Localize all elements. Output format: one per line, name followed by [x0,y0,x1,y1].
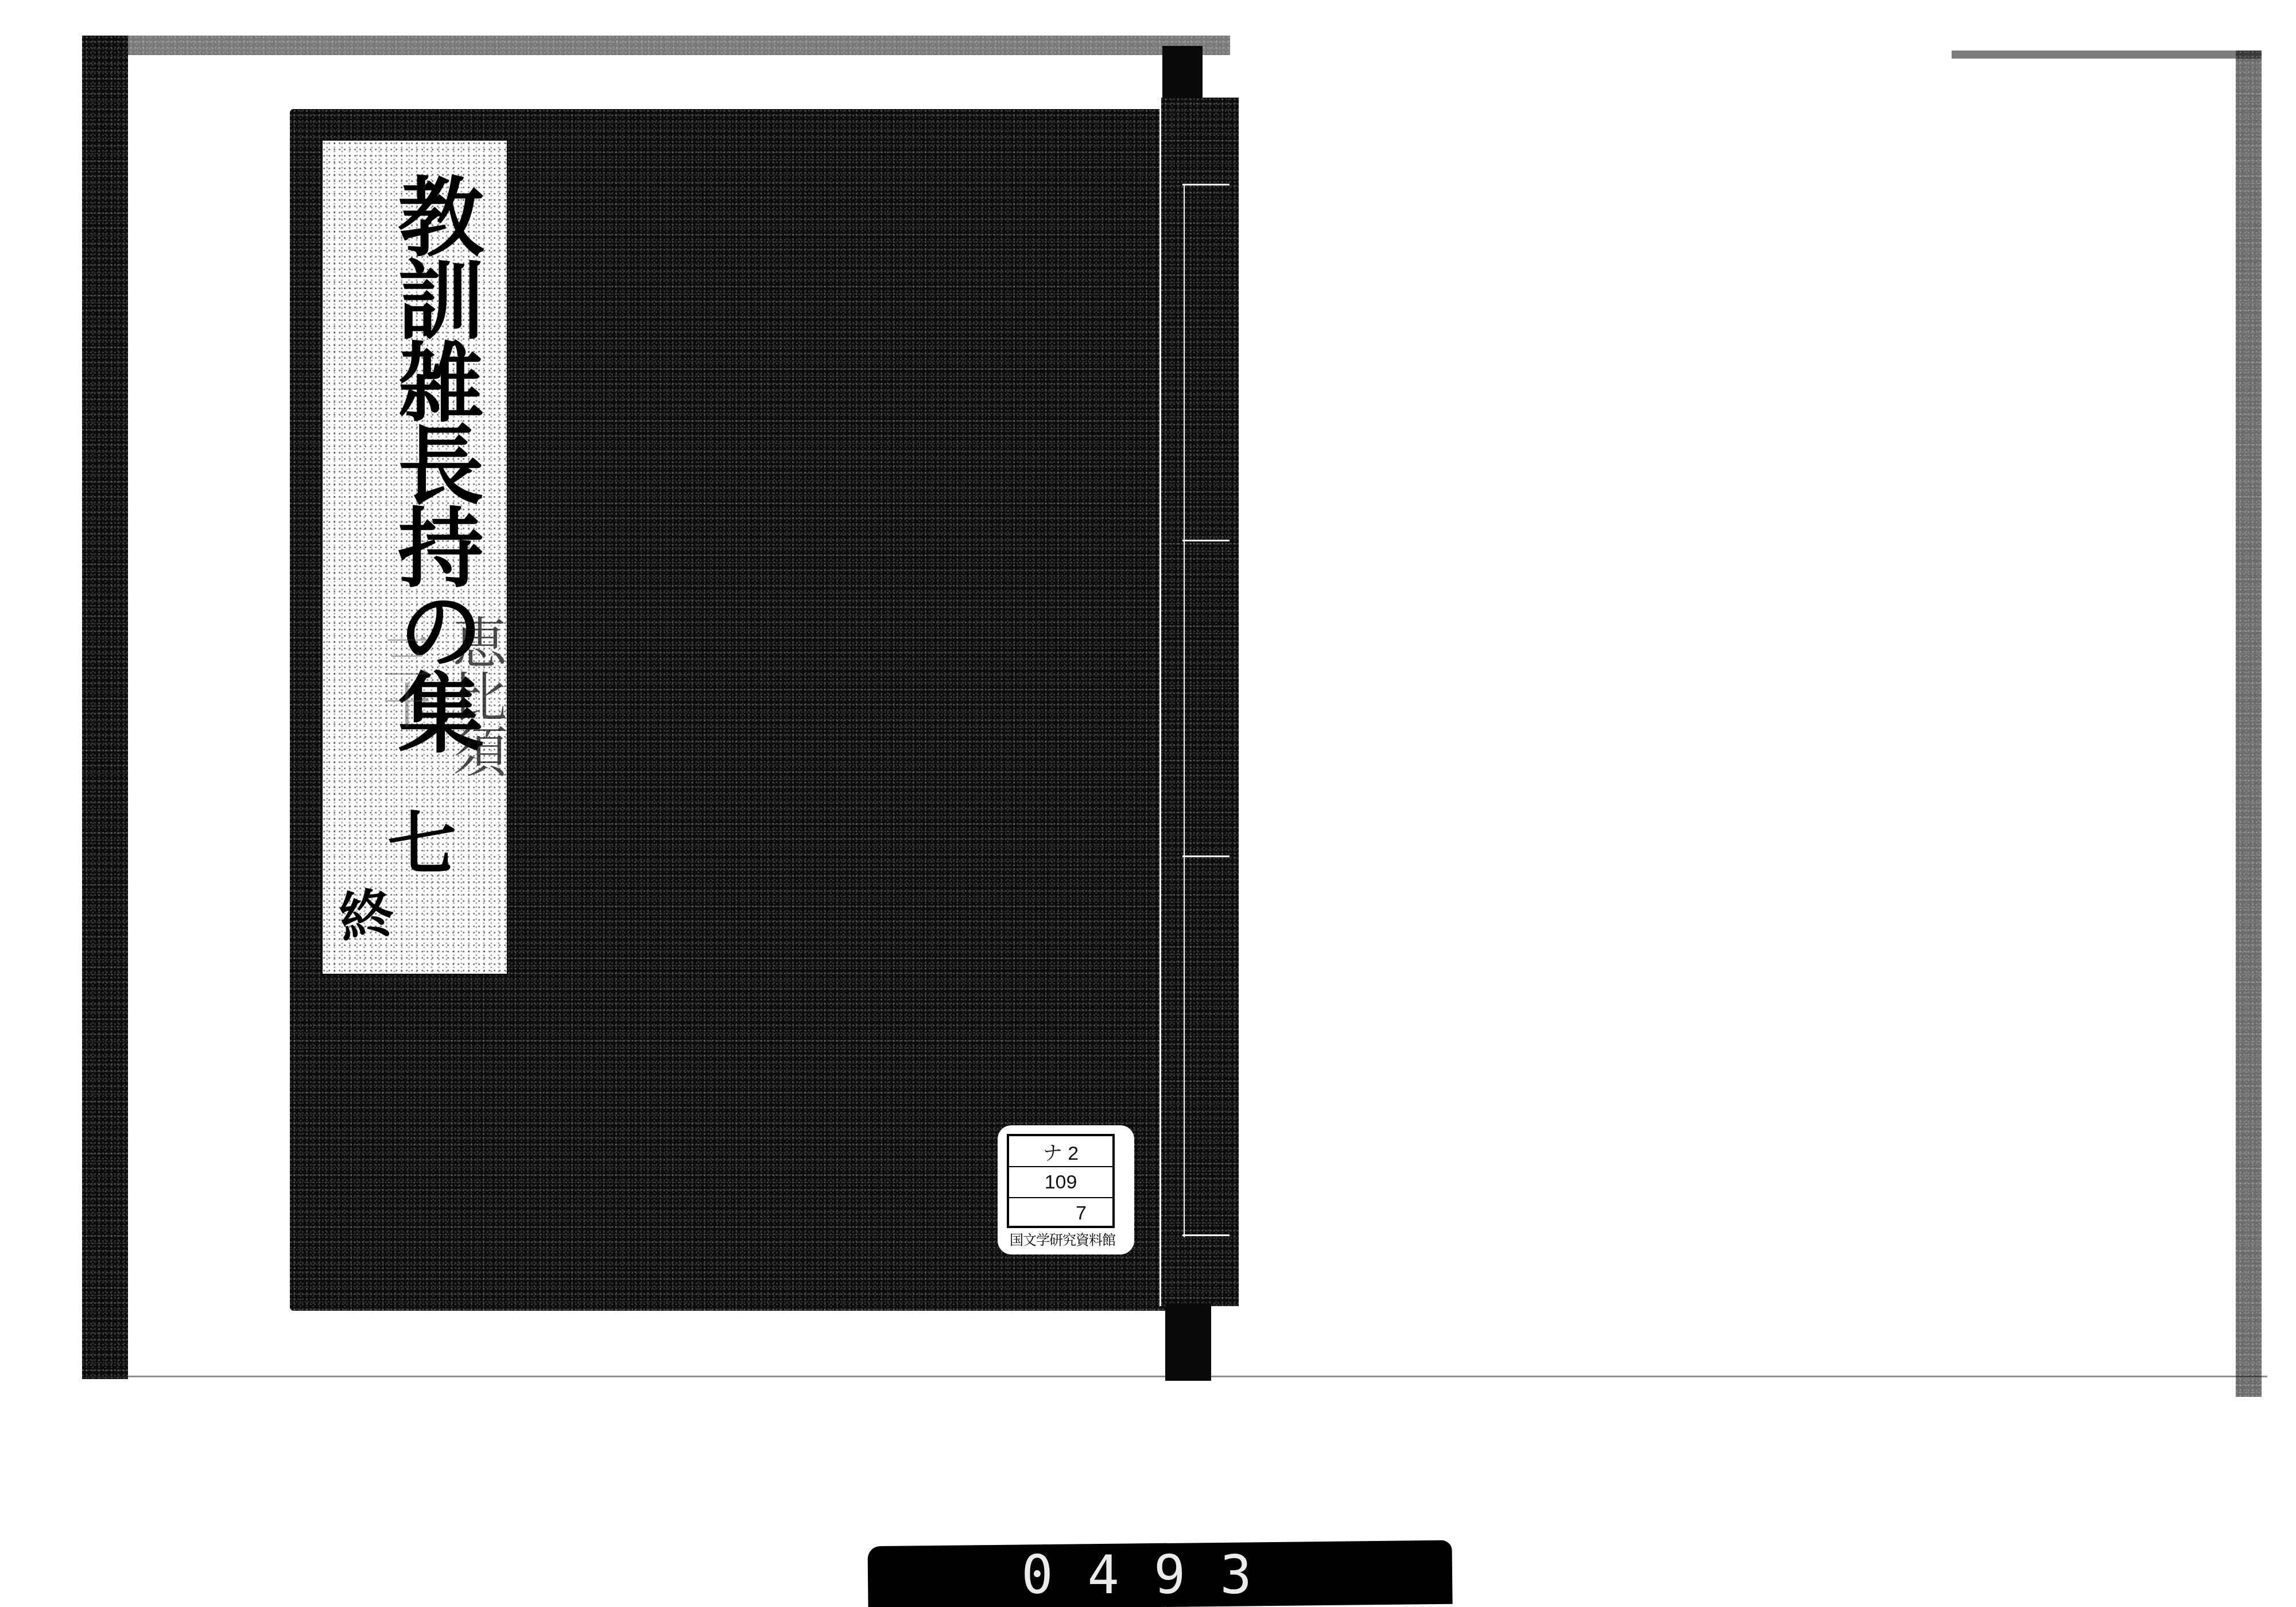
book-subtitle: 恵比須 [436,614,514,778]
binding-stitch [1182,540,1230,541]
frame-counter-number: 0493 [953,1544,1355,1606]
scan-frame-right-edge [2236,51,2262,1397]
scan-frame-top-edge [82,36,1230,55]
book-spine-binding [1159,98,1239,1306]
call-number-table: ナ 2 109 7 [1007,1134,1115,1228]
scan-frame-left-edge [82,36,128,1379]
volume-end-mark: 終 [333,869,398,954]
volume-number: 七 [387,789,456,888]
binding-thread-line [1184,184,1185,1237]
binding-stitch [1182,855,1230,857]
binding-stitch [1182,1234,1230,1236]
faint-annotation: 三十 [367,632,437,729]
scan-frame-right-top [1952,51,2262,59]
binding-clip-bottom [1165,1303,1211,1381]
binding-stitch [1182,184,1230,185]
institution-name: 国文学研究資料館 [1008,1229,1117,1249]
call-number-row: 7 [1009,1198,1112,1228]
call-number-row: ナ 2 [1009,1136,1112,1167]
call-number-row: 109 [1009,1167,1112,1198]
